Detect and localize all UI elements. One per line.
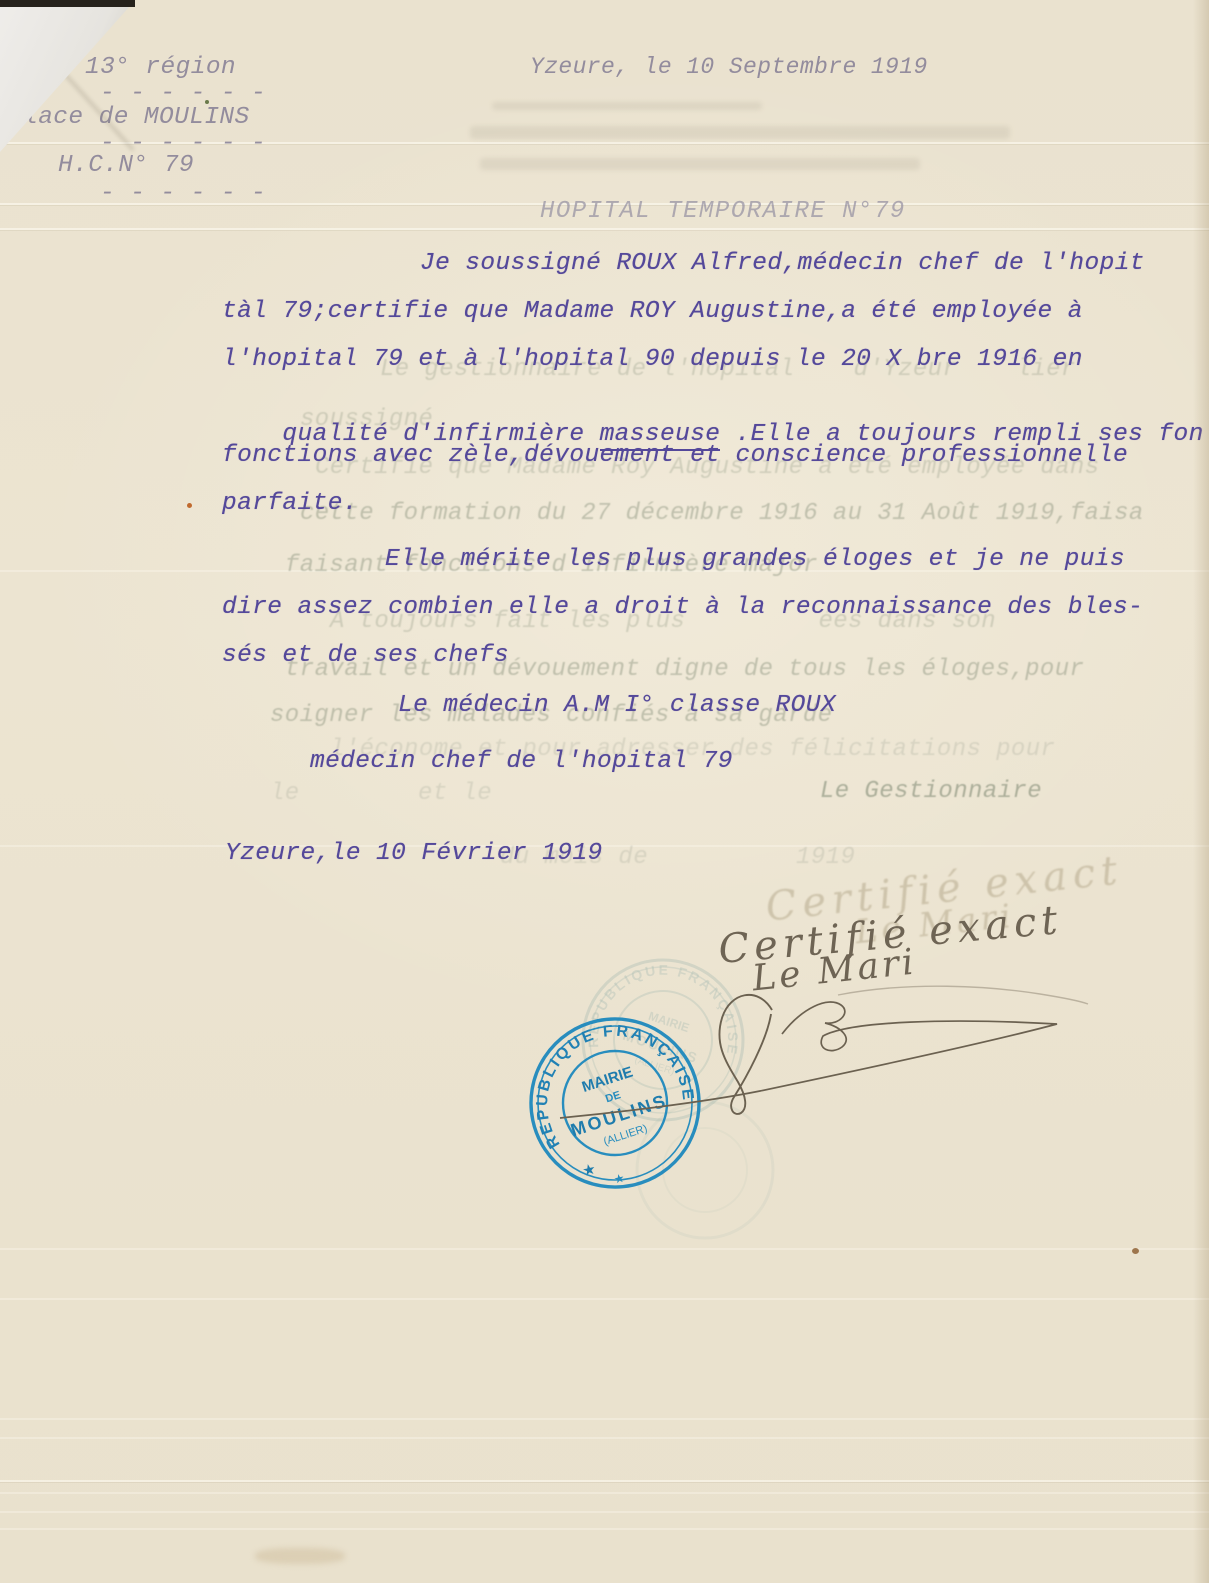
paper-stain: [1132, 1248, 1139, 1254]
region-header-place: Place de MOULINS: [8, 104, 250, 131]
body-line: dire assez combien elle a droit à la rec…: [222, 594, 1143, 621]
stamp-star-icon: ★: [581, 1161, 598, 1180]
signature-faint-stroke: [838, 986, 1088, 1004]
document-title: HOPITAL TEMPORAIRE N°79: [540, 198, 906, 225]
stamp-star-icon: ★: [613, 1171, 626, 1187]
body-line: Je soussigné ROUX Alfred,médecin chef de…: [420, 250, 1145, 277]
scan-edge: [0, 0, 135, 7]
body-line: Elle mérite les plus grandes éloges et j…: [385, 546, 1125, 573]
bleedthrough-smudge: [480, 158, 920, 170]
body-line: sés et de ses chefs: [222, 642, 509, 669]
paper-crease: [0, 1418, 1209, 1420]
signature-loop-stroke: [719, 995, 772, 1114]
page-right-edge: [1193, 0, 1209, 1583]
paper-stain: [255, 1548, 345, 1564]
ghost-line: cette formation du 27 décembre 1916 au 3…: [300, 500, 1144, 527]
paper-crease: [0, 1528, 1209, 1530]
ghost-line: le et le: [270, 780, 492, 807]
bleedthrough-smudge: [470, 126, 1010, 139]
bottom-dateline: Yzeure,le 10 Février 1919: [225, 840, 603, 867]
paper-crease: [0, 1492, 1209, 1494]
separator-dashes: - - - - - -: [100, 80, 266, 107]
paper-crease: [0, 228, 1209, 230]
paper-crease: [0, 1480, 1209, 1482]
signature-block-line: médecin chef de l'hopital 79: [310, 748, 733, 775]
region-header-line: 13° région: [85, 54, 236, 81]
top-dateline: Yzeure, le 10 Septembre 1919: [530, 54, 928, 80]
separator-dashes: - - - - - -: [100, 180, 266, 207]
region-header-unit: H.C.N° 79: [58, 152, 194, 179]
pen-signature: [520, 950, 1140, 1150]
body-line: parfaite.: [222, 490, 358, 517]
scanned-document-page: 13° région - - - - - - Place de MOULINS …: [0, 0, 1209, 1583]
body-line: fonctions avec zèle,dévouement et consci…: [222, 442, 1128, 469]
signature-block-line: Le médecin A.M I° classe ROUX: [398, 692, 836, 719]
ink-speck: [187, 503, 192, 508]
body-line: tàl 79;certifie que Madame ROY Augustine…: [222, 298, 1083, 325]
body-line: l'hopital 79 et à l'hopital 90 depuis le…: [222, 346, 1083, 373]
signature-squiggle-stroke: [560, 1002, 1057, 1118]
paper-crease: [0, 1437, 1209, 1439]
bleedthrough-smudge: [492, 102, 762, 110]
paper-crease: [0, 1511, 1209, 1513]
ink-speck: [205, 100, 209, 104]
ghost-gestionnaire: Le Gestionnaire: [820, 778, 1042, 805]
